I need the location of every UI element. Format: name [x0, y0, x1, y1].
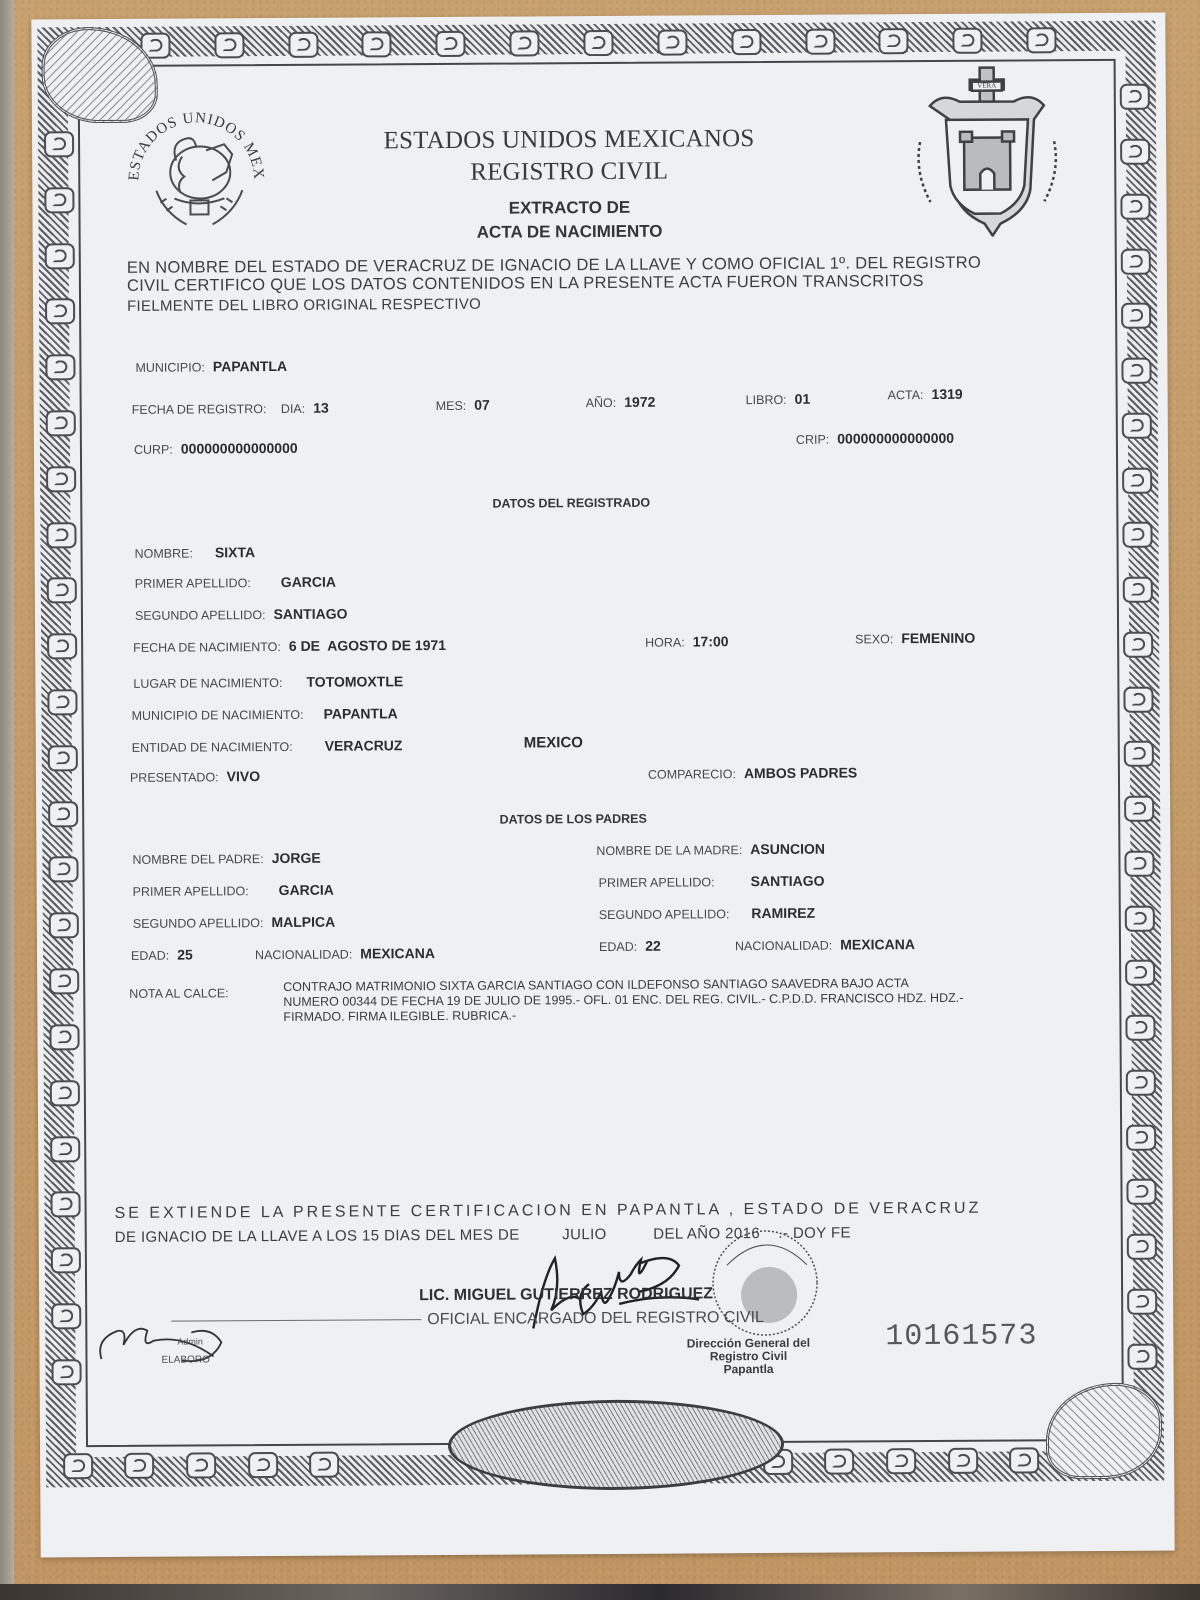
primer-apellido-field: PRIMER APELLIDO:GARCIA — [135, 574, 336, 593]
madre-edad-field: EDAD:22 — [599, 938, 661, 956]
madre-nacionalidad-field: NACIONALIDAD:MEXICANA — [735, 936, 915, 955]
nota-label: NOTA AL CALCE: — [129, 986, 228, 1001]
padre-nacionalidad-field: NACIONALIDAD:MEXICANA — [255, 945, 435, 964]
madre-segundo-apellido-field: SEGUNDO APELLIDO:RAMIREZ — [599, 905, 815, 924]
municipio-nacimiento-field: MUNICIPIO DE NACIMIENTO:PAPANTLA — [132, 705, 398, 725]
padre-edad-field: EDAD:25 — [131, 947, 193, 965]
section-registrado-heading: DATOS DEL REGISTRADO — [4, 493, 1138, 514]
certification-line1: SE EXTIENDE LA PRESENTE CERTIFICACION EN… — [115, 1199, 1075, 1223]
libro-field: LIBRO:01 — [746, 391, 811, 409]
sexo-field: SEXO:FEMENINO — [855, 630, 975, 649]
pais-nacimiento-field: MEXICO — [516, 734, 583, 752]
direccion-stamp-text: Dirección General del Registro Civil Pap… — [663, 1337, 833, 1377]
padre-primer-apellido-field: PRIMER APELLIDO:GARCIA — [133, 882, 334, 901]
admin-label: Admin — [177, 1336, 203, 1346]
elaboro-label: ELABORO — [161, 1354, 209, 1365]
presentado-field: PRESENTADO:VIVO — [130, 768, 260, 787]
fecha-registro-field: FECHA DE REGISTRO: DIA:13 — [132, 400, 329, 419]
anio-field: AÑO:1972 — [586, 394, 656, 412]
mes-field: MES:07 — [436, 397, 490, 415]
crip-field: CRIP:000000000000000 — [796, 430, 954, 449]
folio-number: 10161573 — [885, 1319, 1037, 1354]
certification-line2: DE IGNACIO DE LA LLAVE A LOS 15 DIAS DEL… — [115, 1223, 1075, 1246]
fecha-nacimiento-field: FECHA DE NACIMIENTO:6 DE AGOSTO DE 1971 — [133, 637, 446, 657]
comparecio-field: COMPARECIO:AMBOS PADRES — [648, 764, 857, 783]
padre-nombre-field: NOMBRE DEL PADRE:JORGE — [132, 850, 320, 869]
official-name: LIC. MIGUEL GUTIERREZ RODRIGUEZ — [419, 1285, 713, 1305]
padre-segundo-apellido-field: SEGUNDO APELLIDO:MALPICA — [133, 914, 335, 933]
acta-field: ACTA:1319 — [888, 386, 963, 404]
curp-field: CURP:000000000000000 — [134, 440, 298, 459]
intro-paragraph: EN NOMBRE DEL ESTADO DE VERACRUZ DE IGNA… — [127, 253, 1027, 315]
madre-primer-apellido-field: PRIMER APELLIDO:SANTIAGO — [599, 873, 825, 892]
background-strip — [0, 1584, 1200, 1600]
section-padres-heading: DATOS DE LOS PADRES — [6, 809, 1140, 830]
segundo-apellido-field: SEGUNDO APELLIDO:SANTIAGO — [135, 606, 348, 625]
hora-field: HORA:17:00 — [645, 633, 729, 652]
madre-nombre-field: NOMBRE DE LA MADRE:ASUNCION — [596, 841, 825, 860]
entidad-nacimiento-field: ENTIDAD DE NACIMIENTO:VERACRUZ — [132, 737, 403, 757]
lugar-nacimiento-field: LUGAR DE NACIMIENTO:TOTOMOXTLE — [133, 673, 403, 693]
nota-text: CONTRAJO MATRIMONIO SIXTA GARCIA SANTIAG… — [283, 975, 1043, 1025]
official-role: OFICIAL ENCARGADO DEL REGISTRO CIVIL — [427, 1309, 764, 1329]
municipio-field: MUNICIPIO:PAPANTLA — [135, 358, 287, 377]
birth-certificate-document: ESTADOS UNIDOS MEXICANOS — [31, 13, 1174, 1558]
nombre-field: NOMBRE:SIXTA — [135, 544, 256, 563]
svg-text:VERA: VERA — [977, 82, 996, 90]
